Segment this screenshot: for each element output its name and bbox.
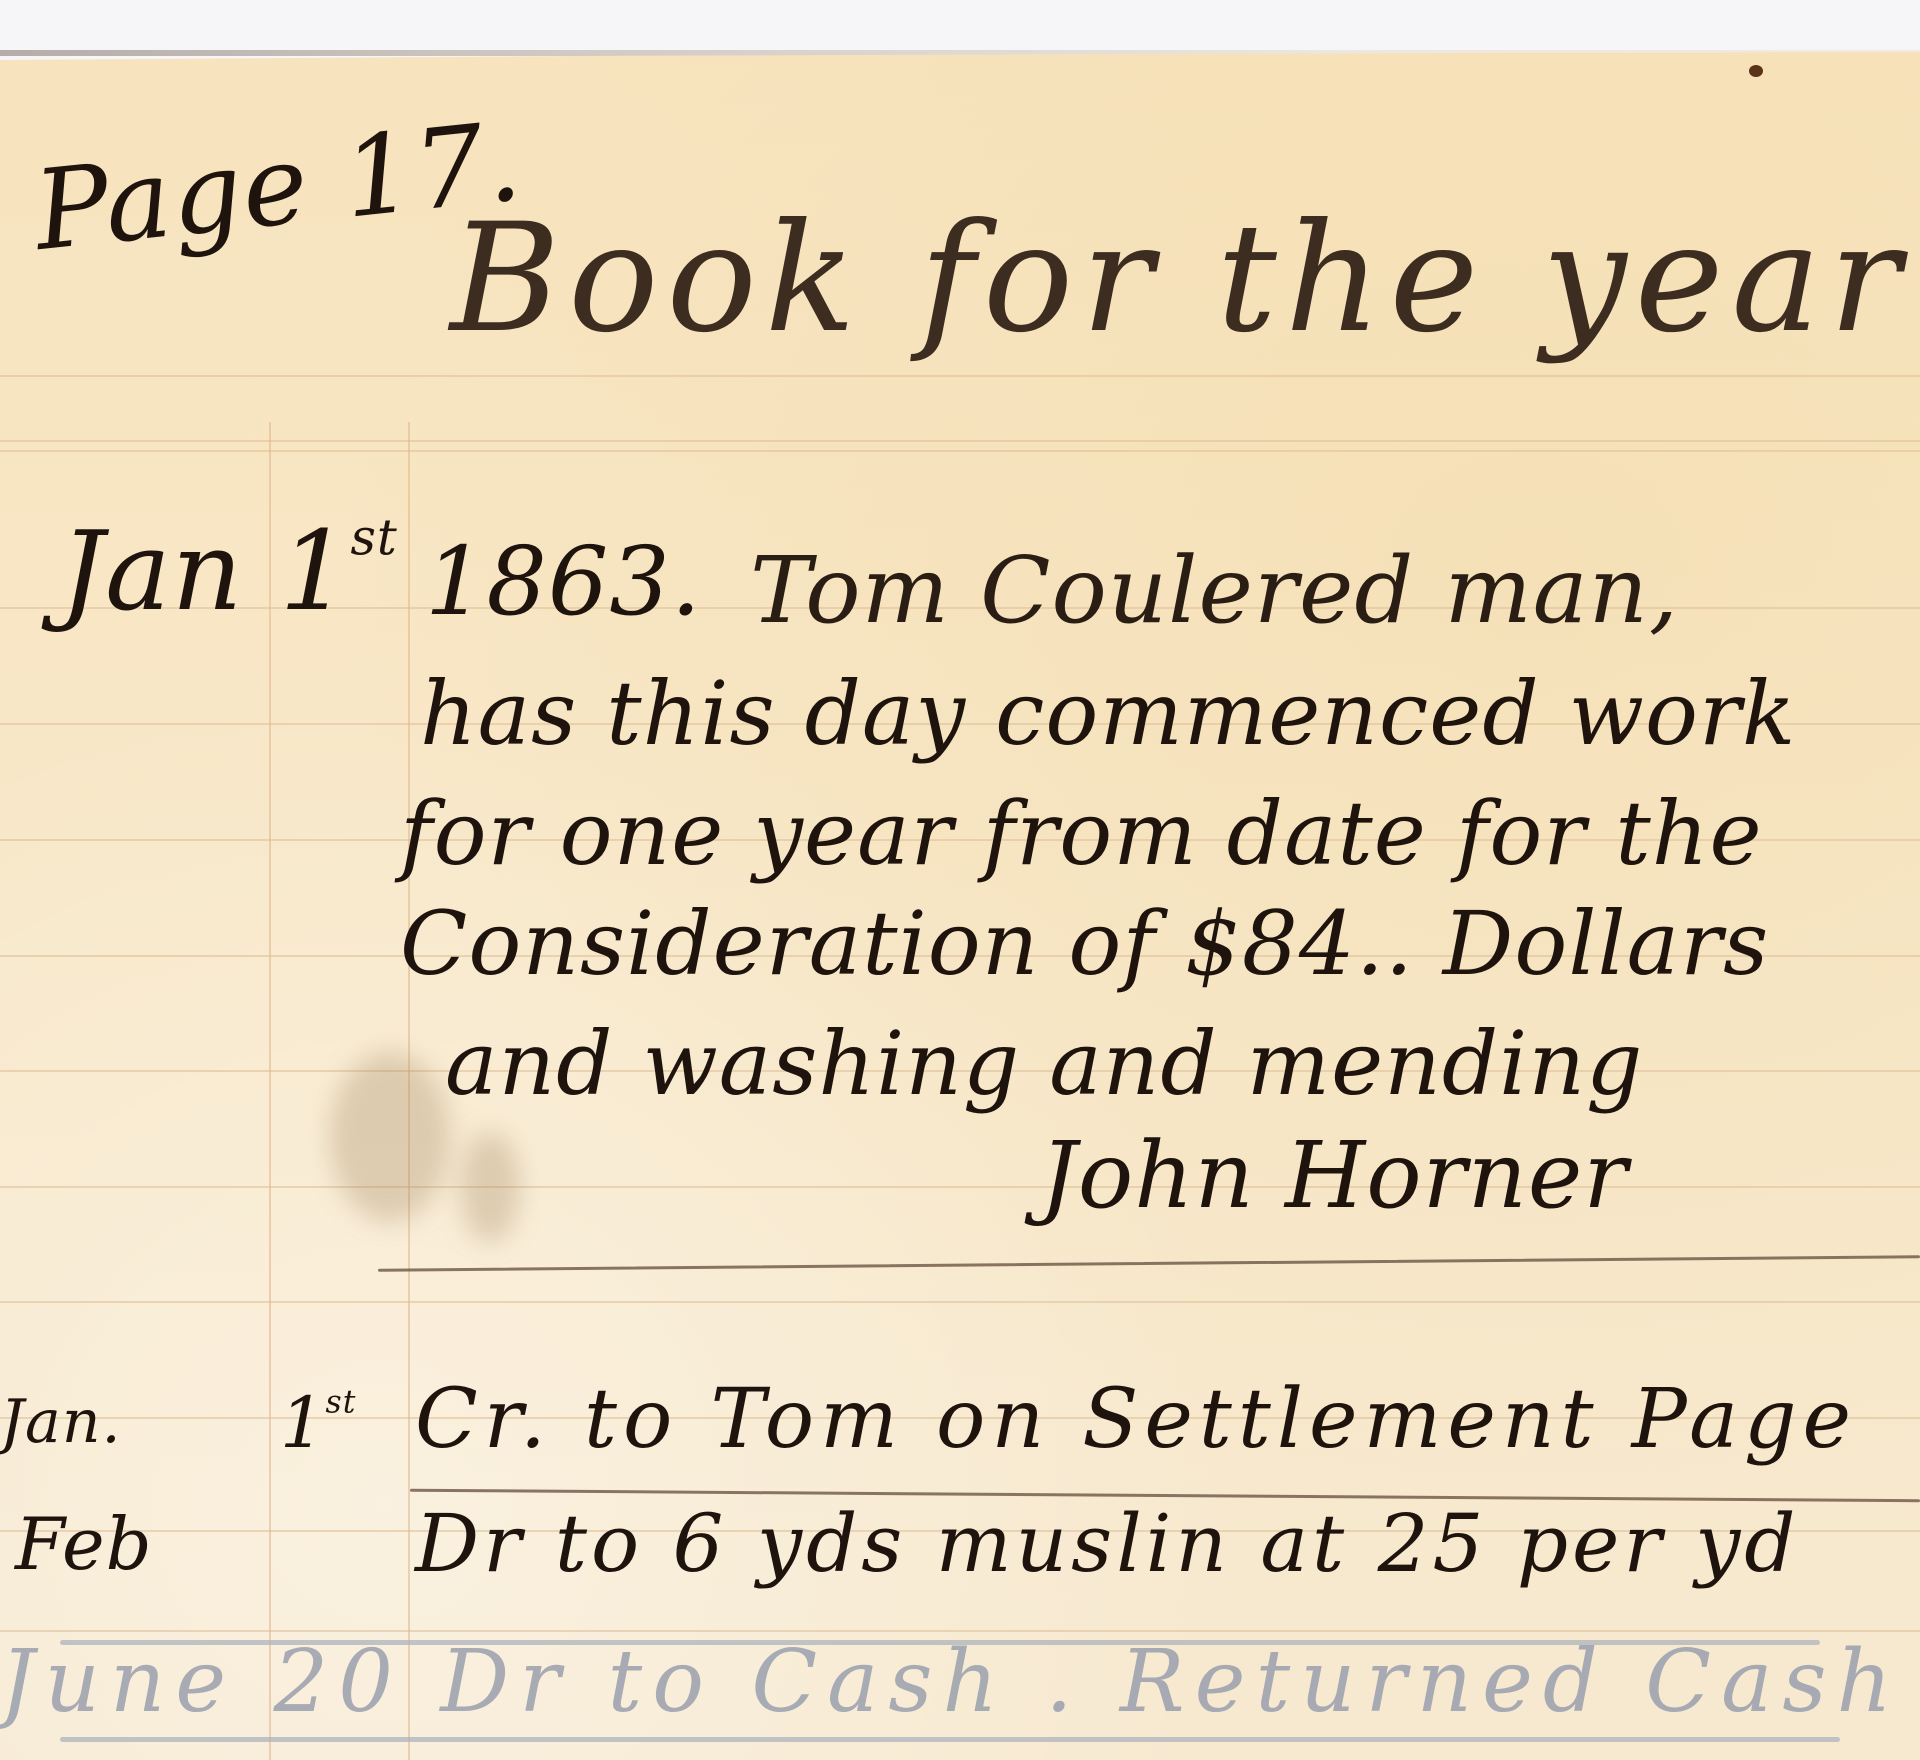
entry-line-5: and washing and mending [445, 1012, 1643, 1115]
entry-month: Jan [60, 507, 244, 635]
ledger-page: Page 17. Book for the year Jan 1st 1863.… [0, 52, 1920, 1760]
entry-day: 1 [280, 507, 351, 635]
page-heading: Book for the year [450, 192, 1909, 366]
ledger-row-1-text: Cr. to Tom on Settlement Page [415, 1372, 1857, 1467]
entry-year: 1863. [425, 527, 702, 637]
ruled-line [0, 440, 1920, 442]
ink-stain [460, 1132, 520, 1242]
entry-date: Jan 1st [60, 507, 398, 635]
entry-day-suffix: st [351, 509, 398, 567]
entry-line-4: Consideration of $84.. Dollars [400, 892, 1769, 995]
ledger-row-1-day-number: 1 [280, 1382, 326, 1464]
ink-dot [1749, 65, 1763, 77]
entry-line-2: has this day commenced work [420, 662, 1796, 765]
signature-underline [378, 1255, 1920, 1271]
ink-stain [330, 1052, 450, 1222]
signature: John Horner [1040, 1122, 1628, 1229]
entry-line-1: Tom Coulered man, [750, 537, 1679, 644]
entry-line-3: for one year from date for the [400, 782, 1763, 885]
ruled-line [0, 450, 1920, 452]
ledger-row-1-day-suffix: st [326, 1384, 357, 1420]
ledger-row-2-text: Dr to 6 yds muslin at 25 per yd [415, 1497, 1799, 1590]
pencil-strike-bottom [60, 1737, 1840, 1742]
ruled-line [0, 1186, 1920, 1188]
ruled-line [0, 375, 1920, 377]
ledger-row-2-month: Feb [15, 1502, 153, 1586]
ledger-row-1-day: 1st [280, 1382, 356, 1464]
ruled-line [0, 1301, 1920, 1303]
pencil-row-text: June 20 Dr to Cash . Returned Cash [0, 1632, 1902, 1732]
ledger-row-1-month: Jan. [0, 1387, 122, 1457]
